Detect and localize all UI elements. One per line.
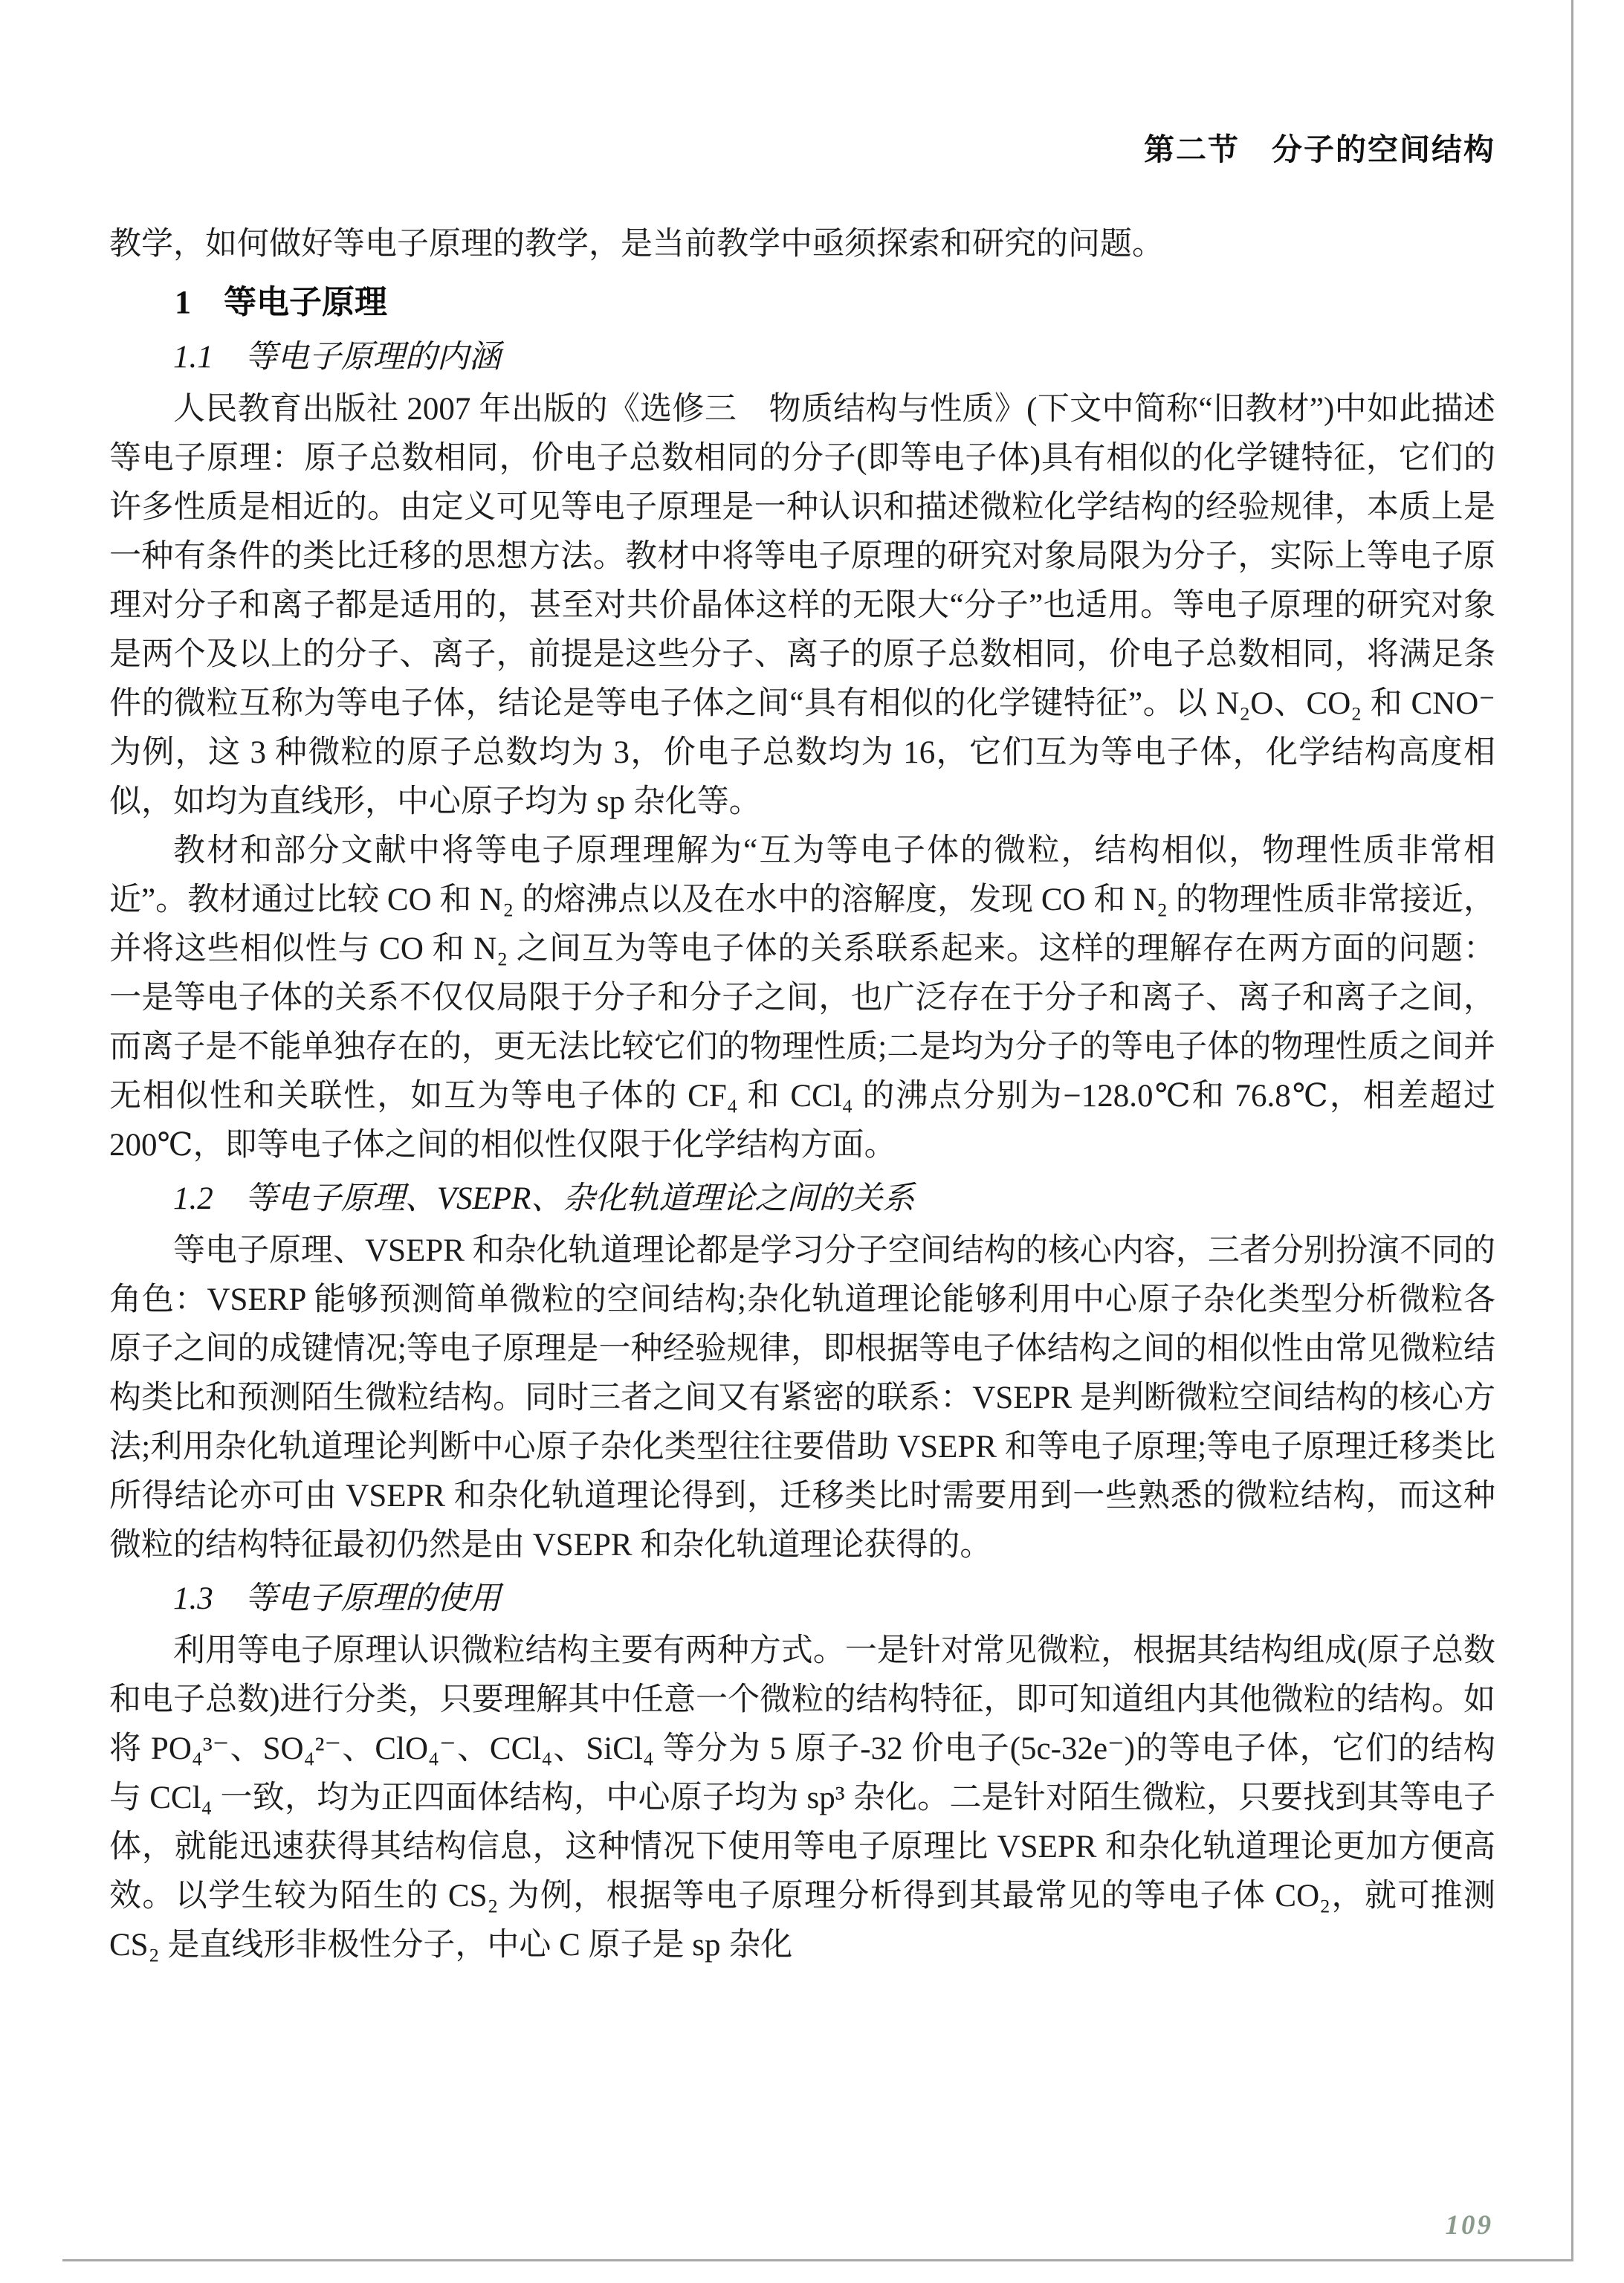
scan-edge-line-right <box>1571 0 1573 2261</box>
page-body: 教学，如何做好等电子原理的教学，是当前教学中亟须探索和研究的问题。 1 等电子原… <box>109 220 1495 1970</box>
subsection-heading-1-3: 1.3 等电子原理的使用 <box>109 1575 1495 1624</box>
paragraph: 等电子原理、VSEPR 和杂化轨道理论都是学习分子空间结构的核心内容，三者分别扮… <box>109 1227 1495 1570</box>
document-page: 第二节 分子的空间结构 教学，如何做好等电子原理的教学，是当前教学中亟须探索和研… <box>0 0 1624 2283</box>
paragraph-continuation: 教学，如何做好等电子原理的教学，是当前教学中亟须探索和研究的问题。 <box>109 220 1495 269</box>
paragraph: 利用等电子原理认识微粒结构主要有两种方式。一是针对常见微粒，根据其结构组成(原子… <box>109 1627 1495 1970</box>
subsection-heading-1-2: 1.2 等电子原理、VSEPR、杂化轨道理论之间的关系 <box>109 1175 1495 1224</box>
page-number: 109 <box>1446 2209 1494 2241</box>
paragraph: 人民教育出版社 2007 年出版的《选修三 物质结构与性质》(下文中简称“旧教材… <box>109 385 1495 827</box>
subsection-heading-1-1: 1.1 等电子原理的内涵 <box>109 333 1495 382</box>
scan-edge-line-bottom <box>62 2259 1573 2261</box>
section-heading-1: 1 等电子原理 <box>109 278 1495 327</box>
paragraph: 教材和部分文献中将等电子原理理解为“互为等电子体的微粒，结构相似，物理性质非常相… <box>109 827 1495 1170</box>
running-header: 第二节 分子的空间结构 <box>1144 125 1495 169</box>
